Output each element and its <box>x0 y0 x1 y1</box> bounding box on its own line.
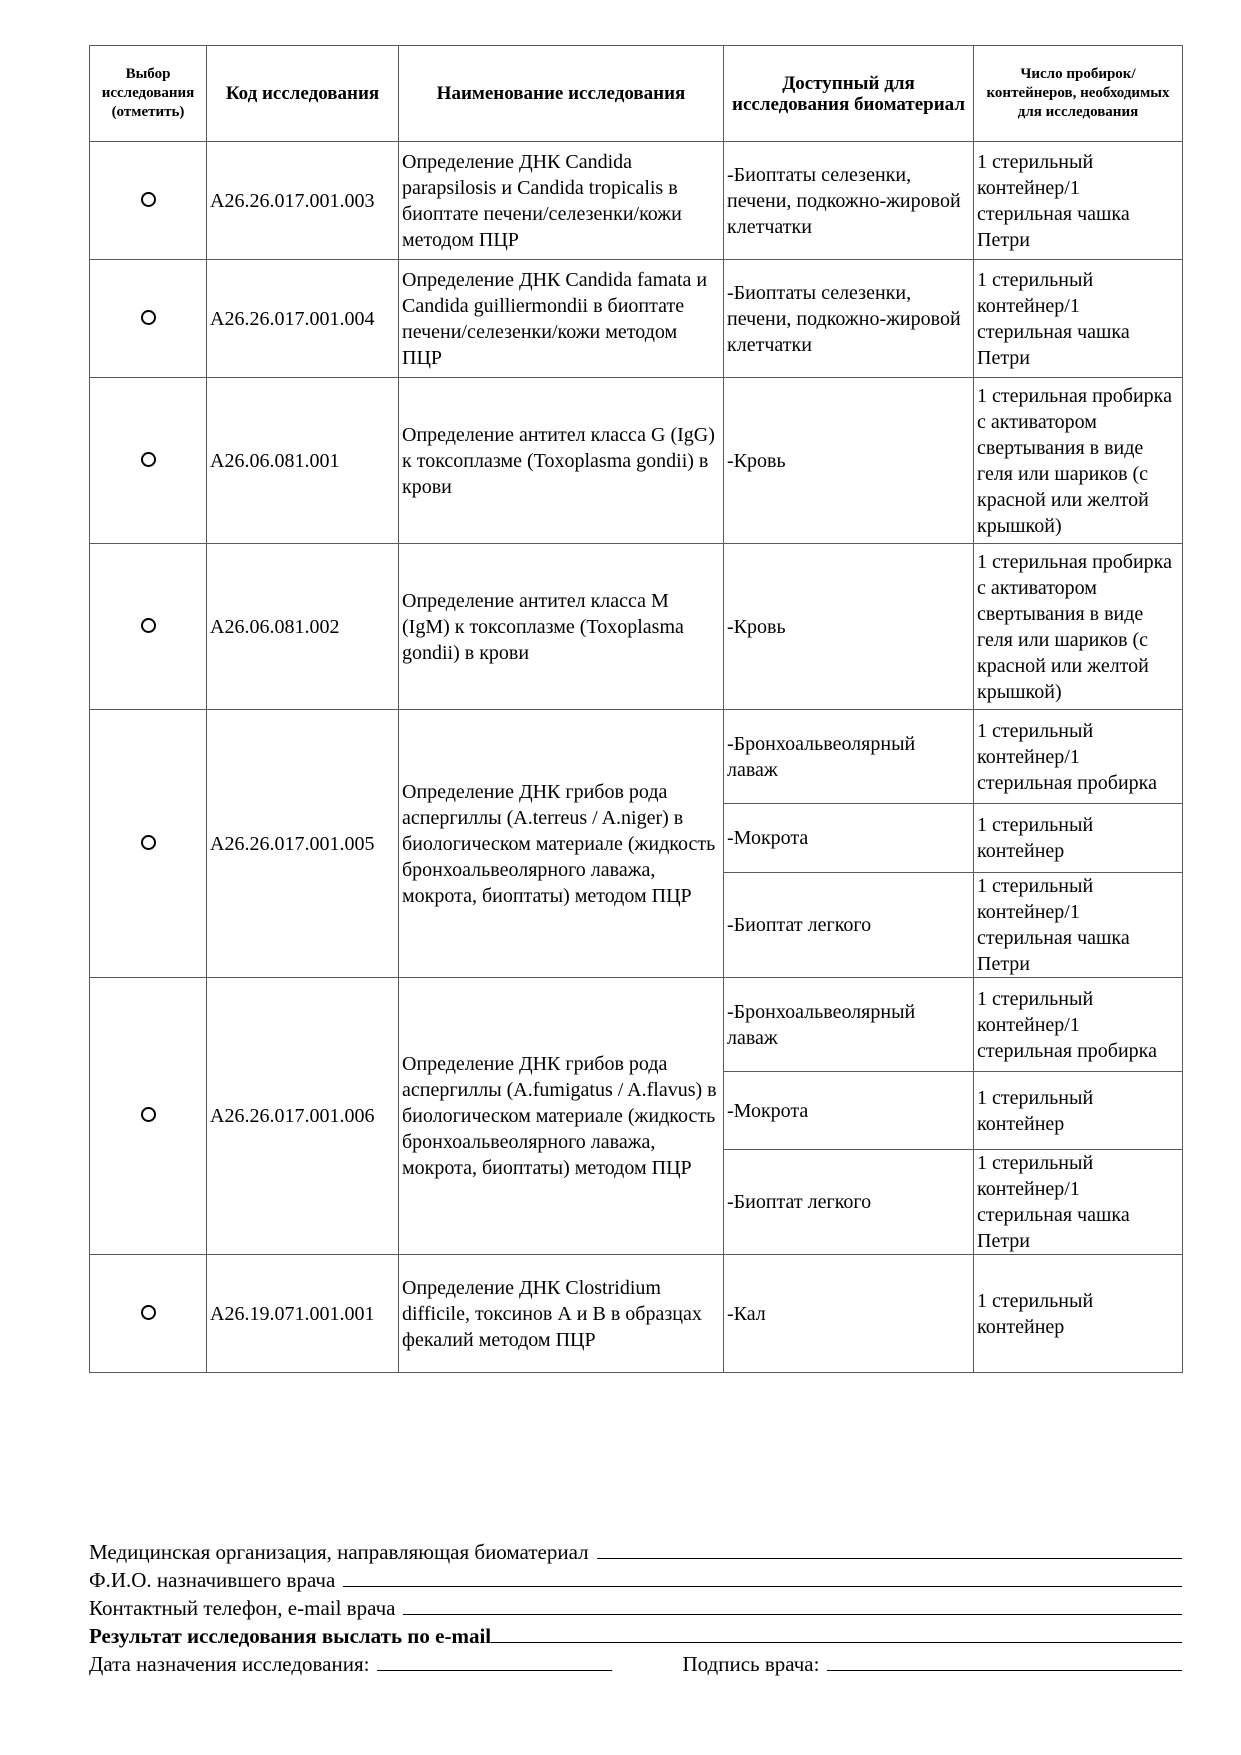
containers: 1 стерильный контейнер <box>974 804 1183 873</box>
test-code: А26.06.081.001 <box>207 378 399 544</box>
containers: 1 стерильная пробирка с активатором свер… <box>974 378 1183 544</box>
containers: 1 стерильная пробирка с активатором свер… <box>974 544 1183 710</box>
select-radio[interactable] <box>141 1305 156 1320</box>
test-code: А26.26.017.001.004 <box>207 260 399 378</box>
select-radio[interactable] <box>141 452 156 467</box>
biomaterial: -Кал <box>724 1255 974 1373</box>
select-cell <box>90 1255 207 1373</box>
containers: 1 стерильный контейнер/1 стерильная проб… <box>974 710 1183 804</box>
biomaterial: -Биоптат легкого <box>724 873 974 978</box>
org-field: Медицинская организация, направляющая би… <box>89 1538 1182 1566</box>
select-cell <box>90 142 207 260</box>
select-cell <box>90 710 207 978</box>
table-header-row: Выбор исследования (отметить) Код исслед… <box>90 46 1183 142</box>
header-containers: Число пробирок/контейнеров, необходимых … <box>974 46 1183 142</box>
org-label: Медицинская организация, направляющая би… <box>89 1539 589 1566</box>
select-cell <box>90 544 207 710</box>
test-name: Определение антител класса M (IgM) к ток… <box>399 544 724 710</box>
contact-field: Контактный телефон, e-mail врача <box>89 1594 1182 1622</box>
containers: 1 стерильный контейнер/1 стерильная чашк… <box>974 1150 1183 1255</box>
email-input-line[interactable] <box>491 1622 1182 1643</box>
biomaterial: -Бронхоальвеолярный лаваж <box>724 978 974 1072</box>
select-radio[interactable] <box>141 310 156 325</box>
biomaterial: -Биоптаты селезенки, печени, подкожно-жи… <box>724 260 974 378</box>
test-name: Определение ДНК грибов рода аспергиллы (… <box>399 710 724 978</box>
table-body: А26.26.017.001.003Определение ДНК Candid… <box>90 142 1183 1373</box>
referral-form: Выбор исследования (отметить) Код исслед… <box>89 45 1182 1373</box>
header-select: Выбор исследования (отметить) <box>90 46 207 142</box>
tests-table: Выбор исследования (отметить) Код исслед… <box>89 45 1183 1373</box>
containers: 1 стерильный контейнер <box>974 1255 1183 1373</box>
doctor-label: Ф.И.О. назначившего врача <box>89 1567 335 1594</box>
table-row: А26.26.017.001.004Определение ДНК Candid… <box>90 260 1183 378</box>
biomaterial: -Кровь <box>724 544 974 710</box>
containers: 1 стерильный контейнер/1 стерильная чашк… <box>974 260 1183 378</box>
date-label: Дата назначения исследования: <box>89 1651 369 1678</box>
email-label: Результат исследования выслать по e-mail <box>89 1623 491 1650</box>
containers: 1 стерильный контейнер/1 стерильная чашк… <box>974 873 1183 978</box>
header-biomaterial: Доступный для исследования биоматериал <box>724 46 974 142</box>
test-name: Определение антител класса G (IgG) к ток… <box>399 378 724 544</box>
doctor-field: Ф.И.О. назначившего врача <box>89 1566 1182 1594</box>
email-field: Результат исследования выслать по e-mail <box>89 1622 1182 1650</box>
form-footer: Медицинская организация, направляющая би… <box>89 1538 1182 1678</box>
table-row: А26.06.081.001Определение антител класса… <box>90 378 1183 544</box>
select-cell <box>90 978 207 1255</box>
doctor-input-line[interactable] <box>343 1566 1182 1587</box>
biomaterial: -Мокрота <box>724 1072 974 1150</box>
table-row: А26.19.071.001.001Определение ДНК Clostr… <box>90 1255 1183 1373</box>
biomaterial: -Биоптат легкого <box>724 1150 974 1255</box>
biomaterial: -Мокрота <box>724 804 974 873</box>
select-radio[interactable] <box>141 1107 156 1122</box>
containers: 1 стерильный контейнер <box>974 1072 1183 1150</box>
test-name: Определение ДНК Clostridium difficile, т… <box>399 1255 724 1373</box>
test-code: А26.26.017.001.006 <box>207 978 399 1255</box>
contact-input-line[interactable] <box>403 1594 1182 1615</box>
select-radio[interactable] <box>141 618 156 633</box>
biomaterial: -Бронхоальвеолярный лаваж <box>724 710 974 804</box>
biomaterial: -Кровь <box>724 378 974 544</box>
table-row: А26.06.081.002Определение антител класса… <box>90 544 1183 710</box>
table-row: А26.26.017.001.006Определение ДНК грибов… <box>90 978 1183 1072</box>
test-code: А26.26.017.001.003 <box>207 142 399 260</box>
header-code: Код исследования <box>207 46 399 142</box>
biomaterial: -Биоптаты селезенки, печени, подкожно-жи… <box>724 142 974 260</box>
date-signature-field: Дата назначения исследования: Подпись вр… <box>89 1650 1182 1678</box>
test-code: А26.06.081.002 <box>207 544 399 710</box>
test-code: А26.26.017.001.005 <box>207 710 399 978</box>
test-name: Определение ДНК Candida parapsilosis и C… <box>399 142 724 260</box>
table-row: А26.26.017.001.003Определение ДНК Candid… <box>90 142 1183 260</box>
signature-input-line[interactable] <box>827 1650 1182 1671</box>
select-radio[interactable] <box>141 835 156 850</box>
select-radio[interactable] <box>141 192 156 207</box>
contact-label: Контактный телефон, e-mail врача <box>89 1595 395 1622</box>
select-cell <box>90 378 207 544</box>
containers: 1 стерильный контейнер/1 стерильная чашк… <box>974 142 1183 260</box>
containers: 1 стерильный контейнер/1 стерильная проб… <box>974 978 1183 1072</box>
org-input-line[interactable] <box>597 1538 1182 1559</box>
header-name: Наименование исследования <box>399 46 724 142</box>
table-row: А26.26.017.001.005Определение ДНК грибов… <box>90 710 1183 804</box>
test-code: А26.19.071.001.001 <box>207 1255 399 1373</box>
date-input-line[interactable] <box>377 1650 612 1671</box>
select-cell <box>90 260 207 378</box>
test-name: Определение ДНК Candida famata и Candida… <box>399 260 724 378</box>
signature-label: Подпись врача: <box>682 1651 819 1678</box>
test-name: Определение ДНК грибов рода аспергиллы (… <box>399 978 724 1255</box>
